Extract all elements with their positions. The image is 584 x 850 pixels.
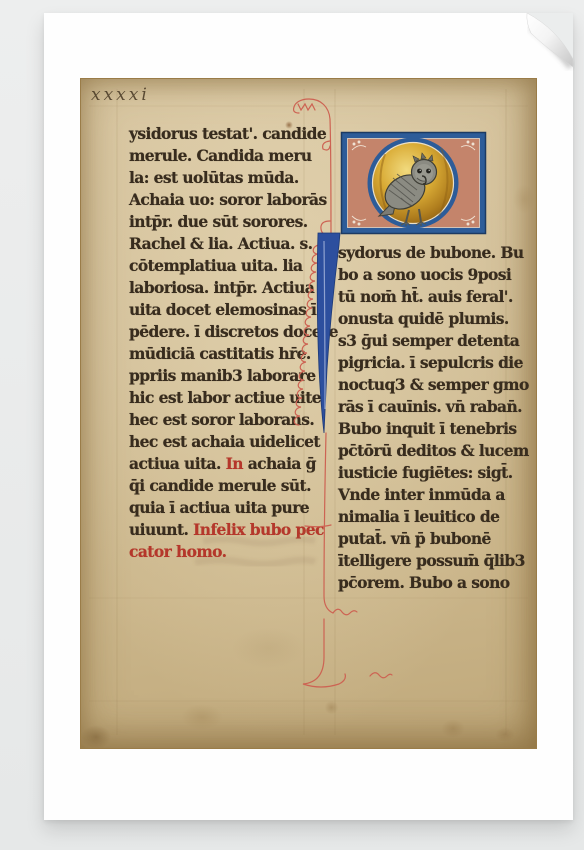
body-text: q̄i candide merule sūt. <box>129 476 311 495</box>
text-line: noctuq3 & semper gmo <box>338 374 510 396</box>
body-text: s3 ḡui semper detenta <box>338 331 519 350</box>
body-text: laboriosa. intp̄r. Actiua <box>129 278 314 297</box>
text-line: pēdere. ī discretos docere <box>129 321 309 343</box>
text-line: cator homo. <box>129 541 309 563</box>
parchment-page: xxxxi ysidorus testat'. candidemerule. C… <box>80 78 537 749</box>
stain <box>181 704 223 730</box>
text-line: Rachel & lia. Actiua. s. & <box>129 233 309 255</box>
body-text: hic est labor actiue uite. <box>129 388 326 407</box>
body-text: hec est achaia uidelicet <box>129 432 320 451</box>
initial-field <box>348 139 480 228</box>
text-line: s3 ḡui semper detenta <box>338 330 510 352</box>
body-text: actiua uita. <box>129 454 226 473</box>
text-column-right: sydorus de bubone. Bubo a sono uocis 9po… <box>338 242 510 594</box>
text-line: uita docet elemosinas ī <box>129 299 309 321</box>
owl-beak <box>422 176 426 184</box>
gold-ground <box>373 143 454 224</box>
text-line: Achaia uo: soror laborās <box>129 189 309 211</box>
folio-number: xxxxi <box>91 85 150 105</box>
stain <box>324 701 339 714</box>
body-text: Achaia uo: soror laborās <box>129 190 327 209</box>
text-line: pigricia. ī sepulcris die <box>338 352 510 374</box>
page-curl <box>509 11 575 73</box>
text-line: Bubo inquit ī tenebris <box>338 418 510 440</box>
body-text: nimalia ī leuitico de <box>338 507 499 526</box>
medallion-ring <box>368 138 459 229</box>
text-line: ītelligere possum̄ q̄lib3 <box>338 550 510 572</box>
body-text: bo a sono uocis 9posi <box>338 265 511 284</box>
text-line: putat̄. vn̄ p̄ bubonē <box>338 528 510 550</box>
text-line: rās ī cauīnis. vn̄ raban̄. <box>338 396 510 418</box>
body-text: quia ī actiua uita pure <box>129 498 309 517</box>
body-text: intp̄r. due sūt sorores. <box>129 212 308 231</box>
body-text: putat̄. vn̄ p̄ bubonē <box>338 529 491 548</box>
text-line: merule. Candida meru <box>129 145 309 167</box>
initial-frame <box>342 133 486 234</box>
stain <box>231 627 306 669</box>
body-text: uiuunt. <box>129 520 193 539</box>
body-text: noctuq3 & semper gmo <box>338 375 529 394</box>
body-text: mūdiciā castitatis hr̄e. <box>129 344 311 363</box>
rubric-text: In <box>226 454 243 473</box>
text-line: sydorus de bubone. Bu <box>338 242 510 264</box>
stain <box>81 725 111 749</box>
body-text: pigricia. ī sepulcris die <box>338 353 523 372</box>
text-line: iusticie fugiētes: sigt̄. <box>338 462 510 484</box>
owl-illustration <box>379 153 437 226</box>
text-line: ppriis manib3 laborare <box>129 365 309 387</box>
text-line: intp̄r. due sūt sorores. <box>129 211 309 233</box>
text-line: actiua uita. In achaia ḡ <box>129 453 309 475</box>
body-text: ysidorus testat'. candide <box>129 124 326 143</box>
text-line: onusta quidē plumis. <box>338 308 510 330</box>
body-text: Bubo inquit ī tenebris <box>338 419 517 438</box>
body-text: hec est soror laborans. <box>129 410 314 429</box>
stain <box>441 719 465 738</box>
text-line: hic est labor actiue uite. <box>129 387 309 409</box>
body-text: sydorus de bubone. Bu <box>338 243 524 262</box>
body-text: cōtemplatiua uita. lia <box>129 256 303 275</box>
text-line: Vnde inter inmūda a <box>338 484 510 506</box>
manuscript-print-photo: { "scene": { "background_color": "#ebede… <box>0 0 584 850</box>
text-line: uiuunt. Infelix bubo pec <box>129 519 309 541</box>
owl-ear-tufts <box>413 153 433 162</box>
body-text: pc̄orem. Bubo a sono <box>338 573 510 592</box>
body-text: ītelligere possum̄ q̄lib3 <box>338 551 525 570</box>
body-text: iusticie fugiētes: sigt̄. <box>338 463 513 482</box>
stain <box>513 184 535 214</box>
stain <box>495 727 515 742</box>
text-line: mūdiciā castitatis hr̄e. <box>129 343 309 365</box>
text-line: bo a sono uocis 9posi <box>338 264 510 286</box>
body-text: achaia ḡ <box>243 454 316 473</box>
rubric-text: cator homo. <box>129 542 226 561</box>
text-line: nimalia ī leuitico de <box>338 506 510 528</box>
text-line: quia ī actiua uita pure <box>129 497 309 519</box>
text-line: tū nom̄ ht̄. auis feral'. <box>338 286 510 308</box>
text-line: q̄i candide merule sūt. <box>129 475 309 497</box>
text-line: cōtemplatiua uita. lia <box>129 255 309 277</box>
body-text: Rachel & lia. Actiua. s. & <box>129 234 331 253</box>
body-text: onusta quidē plumis. <box>338 309 509 328</box>
body-text: pc̄tōrū deditos & lucem <box>338 441 529 460</box>
body-text: Vnde inter inmūda a <box>338 485 505 504</box>
white-scrollwork <box>352 141 475 225</box>
text-line: laboriosa. intp̄r. Actiua <box>129 277 309 299</box>
body-text: tū nom̄ ht̄. auis feral'. <box>338 287 513 306</box>
text-line: ysidorus testat'. candide <box>129 123 309 145</box>
body-text: pēdere. ī discretos docere <box>129 322 338 341</box>
text-line: hec est soror laborans. <box>129 409 309 431</box>
text-line: la: est uolūtas mūda. <box>129 167 309 189</box>
text-line: pc̄orem. Bubo a sono <box>338 572 510 594</box>
historiated-initial <box>342 133 486 234</box>
text-column-left: ysidorus testat'. candidemerule. Candida… <box>129 123 309 563</box>
rubric-text: Infelix bubo pec <box>193 520 324 539</box>
text-line: pc̄tōrū deditos & lucem <box>338 440 510 462</box>
body-text: la: est uolūtas mūda. <box>129 168 299 187</box>
body-text: merule. Candida meru <box>129 146 312 165</box>
body-text: uita docet elemosinas ī <box>129 300 316 319</box>
body-text: rās ī cauīnis. vn̄ raban̄. <box>338 397 522 416</box>
body-text: ppriis manib3 laborare <box>129 366 316 385</box>
text-line: hec est achaia uidelicet <box>129 431 309 453</box>
